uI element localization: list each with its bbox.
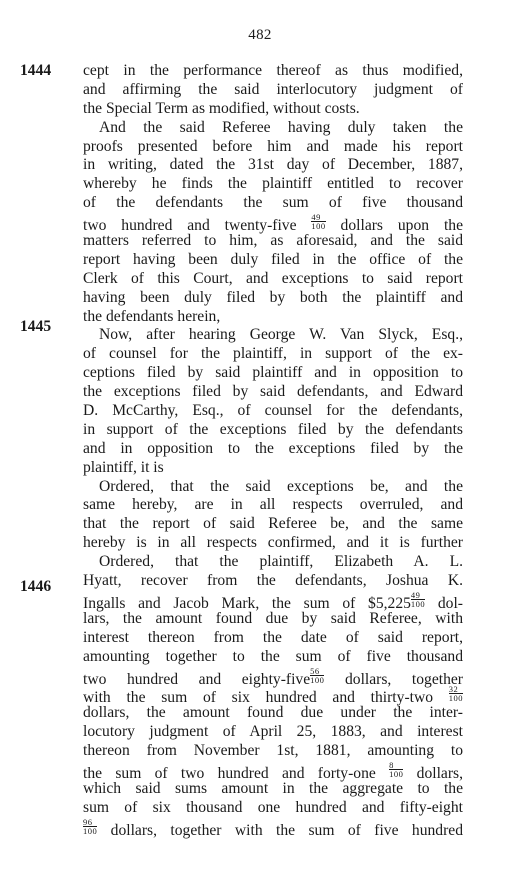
text-line: 96100 dollars, together with the sum of … [83,818,463,837]
fraction: 8100 [389,761,403,778]
text-line: Now, after hearing George W. Van Slyck, … [83,326,463,345]
text-line: two hundred and eighty-five56100 dollars… [83,667,463,686]
text-line: same hereby, are in all respects overrul… [83,496,463,515]
text-line: plaintiff, it is [83,459,463,478]
text-line: Hyatt, recover from the defendants, Josh… [83,572,463,591]
text-line: the defendants herein, [83,308,463,327]
text-line: amounting together to the sum of five th… [83,648,463,667]
fraction-denominator: 100 [389,770,403,778]
text-line: the exceptions filed by said defendants,… [83,383,463,402]
text-line: and in opposition to the exceptions file… [83,440,463,459]
text-line: dollars, the amount found due under the … [83,704,463,723]
text-line: D. McCarthy, Esq., of counsel for the de… [83,402,463,421]
text-line: and affirming the said interlocutory jud… [83,81,463,100]
text-line: locutory judgment of April 25, 1883, and… [83,723,463,742]
text-line: of counsel for the plaintiff, in support… [83,345,463,364]
margin-number: 1445 [20,318,51,336]
text-line: lars, the amount found due by said Refer… [83,610,463,629]
text-line: which said sums amount in the aggregate … [83,780,463,799]
text-line: ceptions filed by said plaintiff and in … [83,364,463,383]
fraction-denominator: 100 [311,222,325,230]
text-line: thereon from November 1st, 1881, amounti… [83,742,463,761]
text-line: in support of the exceptions filed by th… [83,421,463,440]
text-line: whereby he finds the plaintiff entitled … [83,175,463,194]
text-segment: dollars, together with the sum of five h… [97,822,463,839]
text-line: of the defendants the sum of five thousa… [83,194,463,213]
text-line: report having been duly filed in the off… [83,251,463,270]
text-line: that the report of said Referee be, and … [83,515,463,534]
text-line: in writing, dated the 31st day of Decemb… [83,156,463,175]
text-line: And the said Referee having duly taken t… [83,119,463,138]
text-line: Ordered, that the said exceptions be, an… [83,478,463,497]
text-line: Ordered, that the plaintiff, Elizabeth A… [83,553,463,572]
text-line: proofs presented before him and made his… [83,138,463,157]
text-line: matters referred to him, as aforesaid, a… [83,232,463,251]
text-line: the Special Term as modified, without co… [83,100,463,119]
margin-number: 1444 [20,62,51,80]
fraction: 96100 [83,818,97,835]
fraction-denominator: 100 [83,827,97,835]
fraction-denominator: 100 [310,676,324,684]
text-line: interest thereon from the date of said r… [83,629,463,648]
document-body: cept in the performance thereof as thus … [83,62,463,837]
fraction: 49100 [311,213,325,230]
text-line: with the sum of six hundred and thirty-t… [83,685,463,704]
text-line: Ingalls and Jacob Mark, the sum of $5,22… [83,591,463,610]
page-number: 482 [0,27,520,44]
text-line: having been duly filed by both the plain… [83,289,463,308]
fraction: 49100 [411,591,425,608]
fraction-denominator: 100 [449,694,463,702]
fraction-denominator: 100 [411,600,425,608]
text-line: cept in the performance thereof as thus … [83,62,463,81]
text-line: Clerk of this Court, and exceptions to s… [83,270,463,289]
text-line: the sum of two hundred and forty-one 810… [83,761,463,780]
fraction: 56100 [310,667,324,684]
margin-number: 1446 [20,578,51,596]
fraction: 32100 [449,685,463,702]
text-line: two hundred and twenty-five 49100 dollar… [83,213,463,232]
text-line: sum of six thousand one hundred and fift… [83,799,463,818]
text-line: hereby is in all respects confirmed, and… [83,534,463,553]
